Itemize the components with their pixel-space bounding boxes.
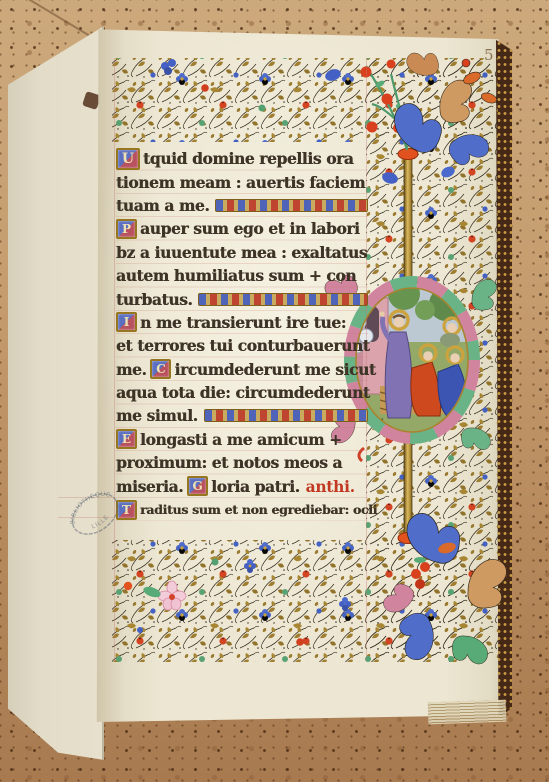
text-line: Elongasti a me amicum + xyxy=(116,428,368,451)
text-line: In me transierunt ire tue: xyxy=(116,311,368,334)
line-filler-bar xyxy=(204,409,368,422)
line-text: miseria. xyxy=(116,477,183,496)
text-line: Utquid domine repellis ora xyxy=(116,147,368,170)
illuminated-initial: G xyxy=(187,476,208,496)
text-line: tionem meam : auertis faciem xyxy=(116,170,368,193)
rubric-antiphon: anthi. xyxy=(306,477,355,496)
text-line: et terrores tui conturbauerunt xyxy=(116,334,368,357)
text-line: me simul. xyxy=(116,404,368,427)
text-line: bz a iuuentute mea : exaltatus xyxy=(116,241,368,264)
text-line: turbatus. xyxy=(116,287,368,310)
line-text: loria patri. xyxy=(211,477,299,496)
line-text: turbatus. xyxy=(116,290,192,309)
text-line: me.Circumdederunt me sicut xyxy=(116,358,368,381)
line-text: ircumdederunt me sicut xyxy=(174,360,375,379)
line-text: longasti a me amicum + xyxy=(140,430,342,449)
illuminated-initial: I xyxy=(116,312,137,332)
stamp-text-bottom: LILLE xyxy=(90,513,112,532)
text-line: proximum: et notos meos a xyxy=(116,451,368,474)
line-text: autem humiliatus sum + con xyxy=(116,266,356,285)
line-text: me. xyxy=(116,360,146,379)
text-line: Traditus sum et non egrediebar: ocli xyxy=(116,498,368,521)
manuscript-photo: 5 Utquid domine repellis orationem meam … xyxy=(0,0,549,782)
line-text: et terrores tui conturbauerunt xyxy=(116,336,370,355)
line-filler-bar xyxy=(215,199,368,212)
line-text: tquid domine repellis ora xyxy=(143,149,353,168)
line-text: raditus sum et non egrediebar: ocli xyxy=(140,502,377,517)
line-text: bz a iuuentute mea : exaltatus xyxy=(116,243,367,262)
text-line: Pauper sum ego et in labori xyxy=(116,217,368,240)
ruling-vertical-left xyxy=(114,58,115,660)
library-stamp: BIBLIOTHEQUE LILLE xyxy=(64,482,126,546)
text-line: tuam a me. xyxy=(116,194,368,217)
line-text: tuam a me. xyxy=(116,196,209,215)
line-filler-bar xyxy=(198,293,368,306)
illuminated-initial: E xyxy=(116,429,137,449)
line-text: proximum: et notos meos a xyxy=(116,453,342,472)
line-text: tionem meam : auertis faciem xyxy=(116,173,365,192)
line-text: me simul. xyxy=(116,406,198,425)
psalm-text-block: Utquid domine repellis orationem meam : … xyxy=(116,147,368,521)
illuminated-initial: P xyxy=(116,219,137,239)
text-line: autem humiliatus sum + con xyxy=(116,264,368,287)
svg-text:LILLE: LILLE xyxy=(90,513,112,532)
text-line: miseria.Gloria patri.anthi. xyxy=(116,474,368,497)
line-text: auper sum ego et in labori xyxy=(140,219,360,238)
illuminated-initial: U xyxy=(116,148,140,170)
illuminated-initial: C xyxy=(150,359,171,379)
text-line: aqua tota die: circumdederunt xyxy=(116,381,368,404)
line-text: n me transierunt ire tue: xyxy=(140,313,346,332)
folio-number: 5 xyxy=(484,46,494,64)
line-text: aqua tota die: circumdederunt xyxy=(116,383,370,402)
